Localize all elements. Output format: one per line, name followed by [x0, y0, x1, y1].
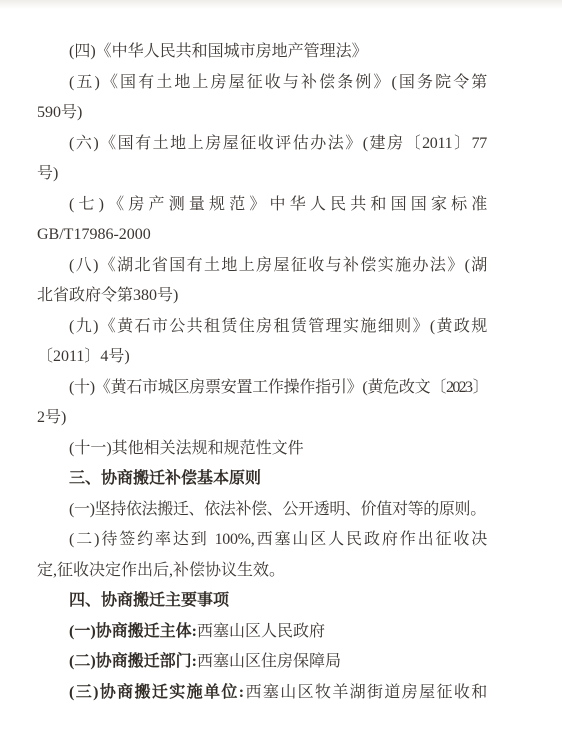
- body-text: 西塞山区牧羊湖街道房屋征收和: [244, 684, 487, 701]
- body-text: (十)《黄石市城区房票安置工作操作指引》(黄危改文〔2023〕: [69, 379, 487, 396]
- page-top-scan-edge: [0, 0, 562, 9]
- bold-text: (三)协商搬迁实施单位:: [69, 684, 244, 701]
- body-text: (六)《国有土地上房屋征收评估办法》(建房〔2011〕77: [69, 135, 487, 152]
- body-text: 590号): [37, 104, 82, 121]
- text-line: (九)《黄石市公共租赁住房租赁管理实施细则》(黄政规: [37, 312, 487, 343]
- text-line: 〔2011〕4号): [37, 342, 487, 373]
- bold-text: 四、协商搬迁主要事项: [69, 592, 229, 609]
- text-line: (二)协商搬迁部门:西塞山区住房保障局: [37, 647, 487, 678]
- scanned-document-viewport: { "colors": { "ink": "#3b3531", "ink_bol…: [0, 0, 562, 744]
- body-text: 2号): [37, 409, 66, 426]
- document-lines: (四)《中华人民共和国城市房地产管理法》(五)《国有土地上房屋征收与补偿条例》(…: [37, 37, 487, 708]
- text-line: (二)待签约率达到 100%,西塞山区人民政府作出征收决: [37, 525, 487, 556]
- body-text: 北省政府令第380号): [37, 287, 178, 304]
- text-line: 北省政府令第380号): [37, 281, 487, 312]
- text-line: 定,征收决定作出后,补偿协议生效。: [37, 556, 487, 587]
- text-line: (十)《黄石市城区房票安置工作操作指引》(黄危改文〔2023〕: [37, 373, 487, 404]
- bold-text: (二)协商搬迁部门:: [69, 653, 197, 670]
- body-text: (九)《黄石市公共租赁住房租赁管理实施细则》(黄政规: [69, 318, 487, 335]
- body-text: (四)《中华人民共和国城市房地产管理法》: [69, 43, 368, 60]
- body-text: (五)《国有土地上房屋征收与补偿条例》(国务院令第: [69, 74, 487, 91]
- text-line: (八)《湖北省国有土地上房屋征收与补偿实施办法》(湖: [37, 251, 487, 282]
- body-text: (八)《湖北省国有土地上房屋征收与补偿实施办法》(湖: [69, 257, 487, 274]
- document-page: (四)《中华人民共和国城市房地产管理法》(五)《国有土地上房屋征收与补偿条例》(…: [0, 0, 562, 744]
- body-text: 定,征收决定作出后,补偿协议生效。: [37, 562, 285, 579]
- text-line: 2号): [37, 403, 487, 434]
- body-text: (二)待签约率达到 100%,西塞山区人民政府作出征收决: [69, 531, 487, 548]
- body-text: 西塞山区人民政府: [197, 623, 325, 640]
- body-text: (十一)其他相关法规和规范性文件: [69, 440, 304, 457]
- body-text: 西塞山区住房保障局: [197, 653, 341, 670]
- text-line: (十一)其他相关法规和规范性文件: [37, 434, 487, 465]
- text-line: 三、协商搬迁补偿基本原则: [37, 464, 487, 495]
- text-line: (四)《中华人民共和国城市房地产管理法》: [37, 37, 487, 68]
- text-line: (一)坚持依法搬迁、依法补偿、公开透明、价值对等的原则。: [37, 495, 487, 526]
- text-line: (一)协商搬迁主体:西塞山区人民政府: [37, 617, 487, 648]
- body-text: 号): [37, 165, 58, 182]
- body-text: GB/T17986-2000: [37, 226, 151, 243]
- text-line: 号): [37, 159, 487, 190]
- text-line: (六)《国有土地上房屋征收评估办法》(建房〔2011〕77: [37, 129, 487, 160]
- text-line: GB/T17986-2000: [37, 220, 487, 251]
- text-line: 590号): [37, 98, 487, 129]
- text-line: (五)《国有土地上房屋征收与补偿条例》(国务院令第: [37, 68, 487, 99]
- text-line: (七)《房产测量规范》中华人民共和国国家标准: [37, 190, 487, 221]
- bold-text: (一)协商搬迁主体:: [69, 623, 197, 640]
- body-text: 〔2011〕4号): [37, 348, 130, 365]
- text-line: (三)协商搬迁实施单位:西塞山区牧羊湖街道房屋征收和: [37, 678, 487, 709]
- text-line: 四、协商搬迁主要事项: [37, 586, 487, 617]
- bold-text: 三、协商搬迁补偿基本原则: [69, 470, 261, 487]
- body-text: (七)《房产测量规范》中华人民共和国国家标准: [69, 196, 487, 213]
- body-text: (一)坚持依法搬迁、依法补偿、公开透明、价值对等的原则。: [69, 501, 486, 518]
